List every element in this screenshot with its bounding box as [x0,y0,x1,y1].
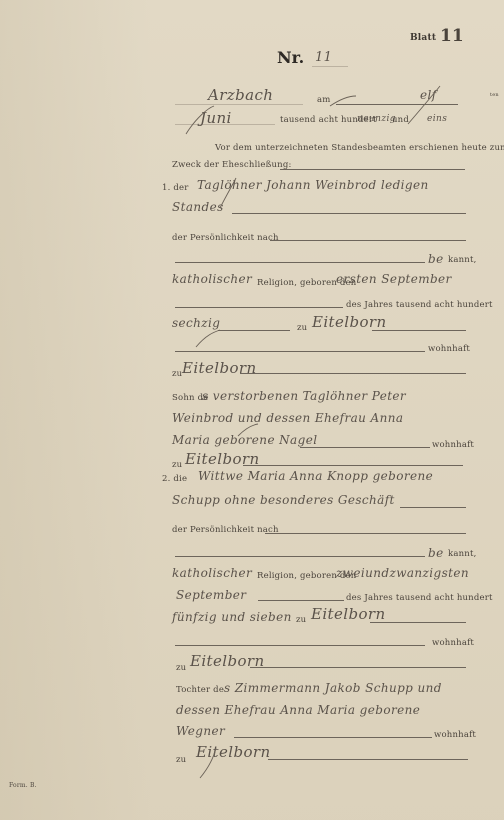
marriage-register-page: Blatt 11 Nr. 11 Arzbach am elf ten Juni … [0,0,504,820]
handwriting-flourish-icon [0,0,504,820]
